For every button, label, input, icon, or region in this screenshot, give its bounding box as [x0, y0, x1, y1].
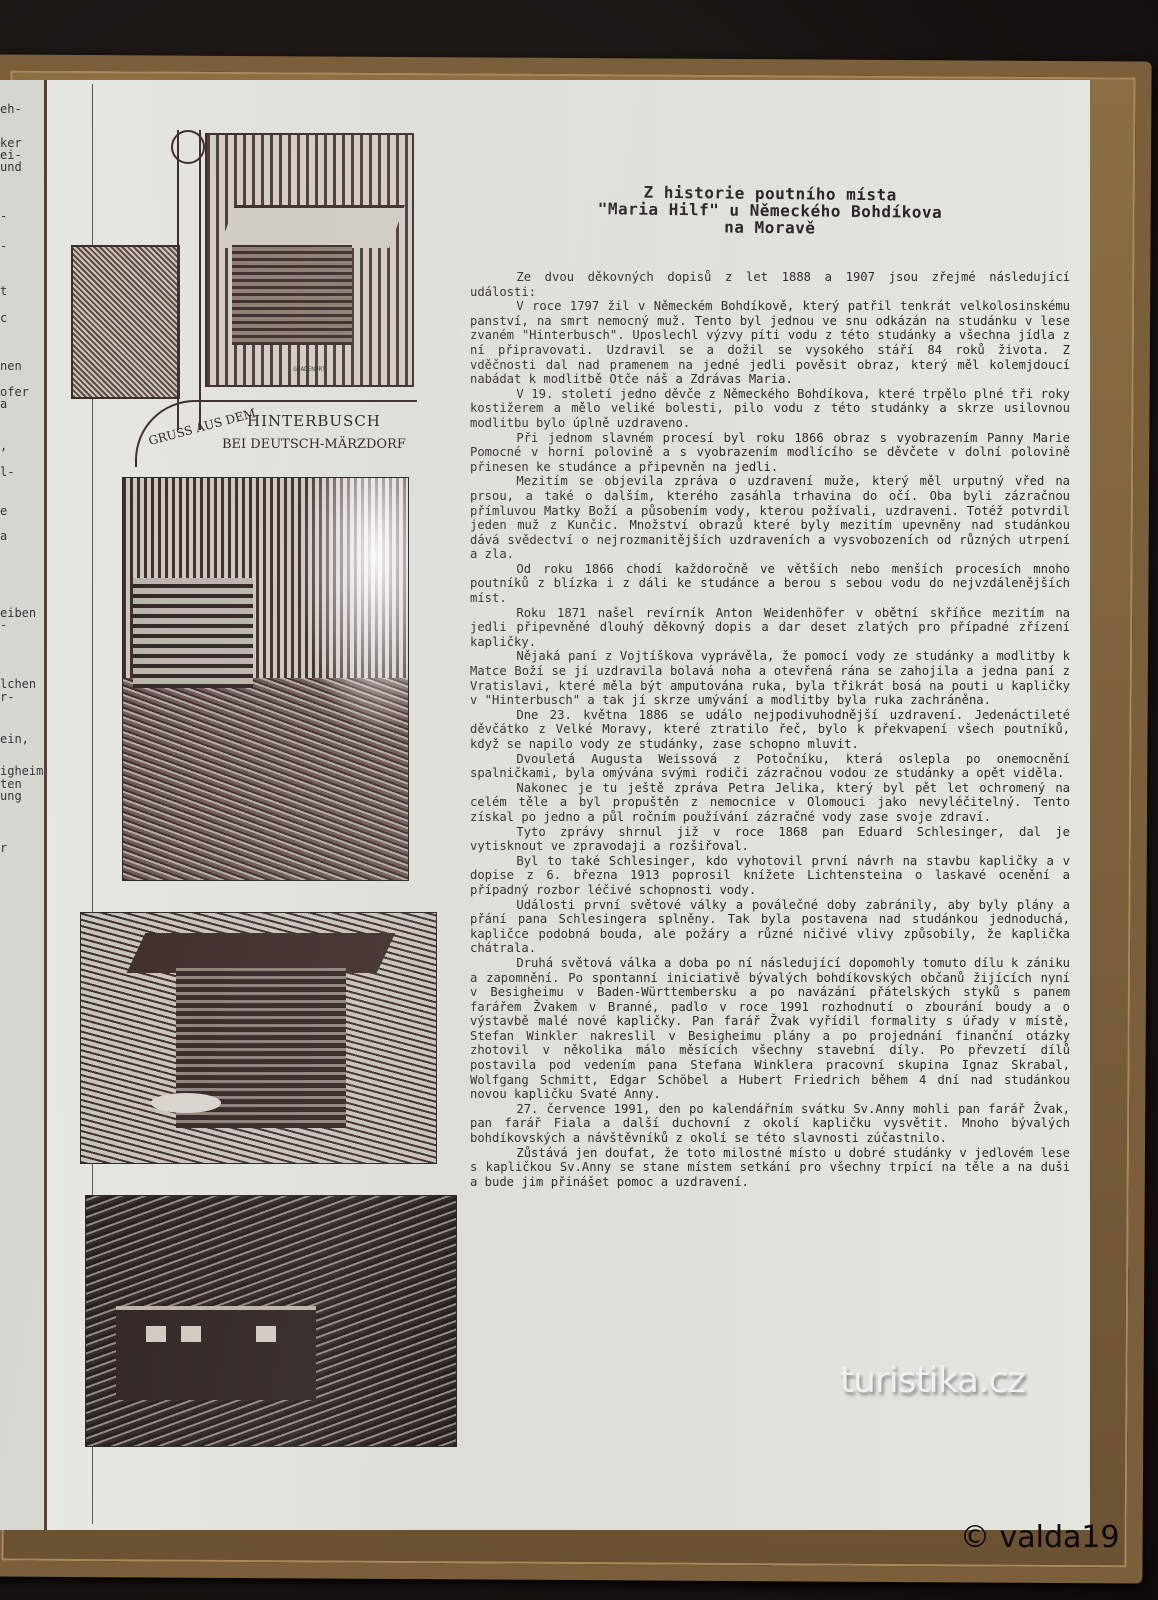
page-fragment-text: eh- — [0, 103, 22, 115]
paragraph: Při jednom slavném procesí byl roku 1866… — [470, 431, 1070, 475]
paragraph: Zůstává jen doufat, že toto milostné mís… — [470, 1146, 1070, 1190]
subplace-name: BEI DEUTSCH-MÄRZDORF — [222, 437, 406, 452]
copyright-notice: © valda19 — [960, 1520, 1120, 1555]
postcard-caption: GNADENORT — [207, 366, 412, 373]
page-fragment-text: igheim — [0, 765, 43, 777]
page-fragment-text: und — [0, 161, 22, 173]
paragraph: Nějaká paní z Vojtíškova vyprávěla, že p… — [470, 649, 1070, 707]
paragraph: V 19. století jedno děvče z Německého Bo… — [470, 387, 1070, 431]
paragraph: Ze dvou děkovných dopisů z let 1888 a 19… — [470, 270, 1070, 299]
paragraph: Roku 1871 našel revírník Anton Weidenhöf… — [470, 606, 1070, 650]
paragraph: Události první světové války a poválečné… — [470, 898, 1070, 956]
chapel-drawing: GNADENORT — [205, 133, 414, 387]
photo-new-chapel — [85, 1195, 457, 1447]
watermark-logo: turistika.cz — [840, 1360, 1025, 1401]
paragraph: Dvouletá Augusta Weissová z Potočníku, k… — [470, 752, 1070, 781]
page-fragment-text: - — [0, 210, 7, 222]
page-fragment-text: t — [0, 285, 7, 297]
adjacent-page-fragment: eh-kerei-und--tcnenofera,l-eaeiben-lchen… — [0, 80, 47, 1530]
art-nouveau-ornament — [177, 130, 201, 430]
page-fragment-text: r- — [0, 691, 14, 703]
page-fragment-text: lchen — [0, 678, 36, 690]
photo-old-chapel-forest — [122, 477, 409, 881]
page-fragment-text: r — [0, 842, 7, 854]
paragraph: Tyto zprávy shrnul již v roce 1868 pan E… — [470, 825, 1070, 854]
page-fragment-text: a — [0, 530, 7, 542]
paragraph: V roce 1797 žil v Německém Bohdíkově, kt… — [470, 299, 1070, 387]
page-fragment-text: e — [0, 505, 7, 517]
page-fragment-text: - — [0, 240, 7, 252]
page-fragment-text: l- — [0, 466, 14, 478]
page-fragment-text: nen — [0, 360, 22, 372]
page-fragment-text: ung — [0, 790, 22, 802]
photo-chapel-hut — [80, 912, 437, 1164]
paragraph: Mezitím se objevila zpráva o uzdravení m… — [470, 474, 1070, 562]
page-fragment-text: - — [0, 619, 7, 631]
page-fragment-text: , — [0, 440, 7, 452]
paragraph: 27. července 1991, den po kalendářním sv… — [470, 1102, 1070, 1146]
page-fragment-text: a — [0, 398, 7, 410]
paragraph: Byl to také Schlesinger, kdo vyhotovil p… — [470, 854, 1070, 898]
page-fragment-text: c — [0, 312, 7, 324]
paragraph: Dne 23. května 1886 se událo nejpodivuho… — [470, 708, 1070, 752]
document-body: Ze dvou děkovných dopisů z let 1888 a 19… — [470, 270, 1070, 1189]
historic-postcard: GNADENORT GRUSS AUS DEM HINTERBUSCH BEI … — [65, 130, 415, 465]
document-title: Z historie poutního místa "Maria Hilf" u… — [470, 182, 1071, 239]
paragraph: Od roku 1866 chodí každoročně ve větších… — [470, 562, 1070, 606]
paragraph: Nakonec je tu ještě zpráva Petra Jelika,… — [470, 781, 1070, 825]
paragraph: Druhá světová válka a doba po ní následu… — [470, 956, 1070, 1102]
place-name: HINTERBUSCH — [247, 412, 381, 430]
page-fragment-text: ein, — [0, 733, 29, 745]
madonna-image — [71, 245, 180, 399]
postcard-greeting: GRUSS AUS DEM HINTERBUSCH BEI DEUTSCH-MÄ… — [135, 400, 417, 467]
